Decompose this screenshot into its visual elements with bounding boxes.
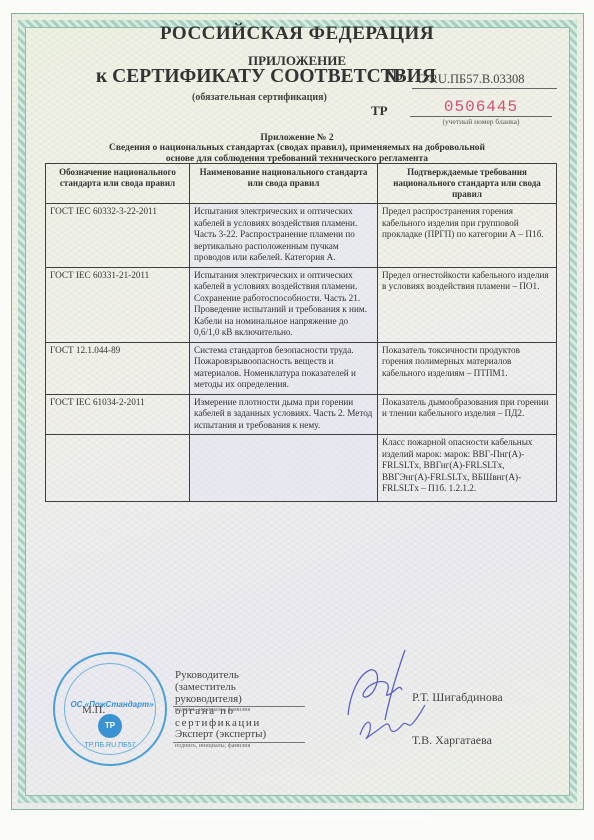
standard-code: ГОСТ IEC 61034-2-2011 [46, 394, 190, 435]
standard-requirement: Показатель токсичности продуктов горения… [378, 342, 557, 394]
table-row: ГОСТ IEC 60331-21-2011 Испытания электри… [46, 267, 557, 342]
standard-name: Испытания электрических и оптических каб… [190, 267, 378, 342]
expert-label: Эксперт (эксперты) [175, 728, 266, 740]
annex-title: Приложение № 2 [0, 133, 594, 143]
standard-name: Измерение плотности дыма при горении каб… [190, 394, 378, 435]
blank-number: 0506445 [410, 98, 552, 117]
standard-code: ГОСТ IEC 60332-3-22-2011 [46, 204, 190, 268]
table-row: ГОСТ IEC 60332-3-22-2011 Испытания элект… [46, 204, 557, 268]
table-row: Класс пожарной опасности кабельных издел… [46, 435, 557, 502]
expert-name: Т.В. Харгатаева [412, 733, 492, 748]
number-sign: № [384, 66, 404, 88]
standard-requirement: Класс пожарной опасности кабельных издел… [378, 435, 557, 502]
country-title: РОССИЙСКАЯ ФЕДЕРАЦИЯ [0, 23, 594, 45]
blank-number-caption: (учетный номер бланка) [410, 117, 552, 126]
head-name: Р.Т. Шигабдинова [412, 690, 503, 705]
standard-requirement: Предел распространения горения кабельног… [378, 204, 557, 268]
head-label-line: Руководитель [175, 669, 305, 681]
certification-type: (обязательная сертификация) [192, 92, 327, 103]
table-row: ГОСТ 12.1.044-89 Система стандартов безо… [46, 342, 557, 394]
standard-code [46, 435, 190, 502]
certificate-number: C-RU.ПБ57.В.03308 [412, 72, 557, 89]
stamp-ring-text [55, 658, 165, 665]
official-stamp: ОС «ПожСтандарт» ТР TP.ПБ.RU.ПБ57 [53, 652, 167, 766]
standard-code: ГОСТ IEC 60331-21-2011 [46, 267, 190, 342]
standard-requirement: Предел огнестойкости кабельного изделия … [378, 267, 557, 342]
tr-label: ТР [371, 103, 388, 119]
annex-subtitle: Сведения о национальных стандартах (свод… [100, 143, 494, 165]
head-label-line: (заместитель руководителя) [175, 681, 305, 705]
stamp-logo-icon: ТР [98, 714, 122, 738]
stamp-place-label: М.П. [82, 704, 105, 716]
column-header-name: Наименование национального стандарта или… [190, 164, 378, 204]
column-header-requirement: Подтверждаемые требования национального … [378, 164, 557, 204]
standard-name: Система стандартов безопасности труда. П… [190, 342, 378, 394]
table-row: ГОСТ IEC 61034-2-2011 Измерение плотност… [46, 394, 557, 435]
standard-name [190, 435, 378, 502]
expert-signature-caption: подпись, инициалы, фамилия [175, 743, 250, 749]
head-signature-caption: подпись, инициалы, фамилия [175, 707, 250, 713]
standard-name: Испытания электрических и оптических каб… [190, 204, 378, 268]
head-of-body-label: Руководитель (заместитель руководителя) … [175, 669, 305, 729]
footer-microprint [160, 813, 430, 818]
standard-requirement: Показатель дымообразования при горении и… [378, 394, 557, 435]
stamp-code: TP.ПБ.RU.ПБ57 [55, 742, 165, 749]
column-header-code: Обозначение национального стандарта или … [46, 164, 190, 204]
standards-table: Обозначение национального стандарта или … [45, 163, 557, 502]
table-header-row: Обозначение национального стандарта или … [46, 164, 557, 204]
standard-code: ГОСТ 12.1.044-89 [46, 342, 190, 394]
